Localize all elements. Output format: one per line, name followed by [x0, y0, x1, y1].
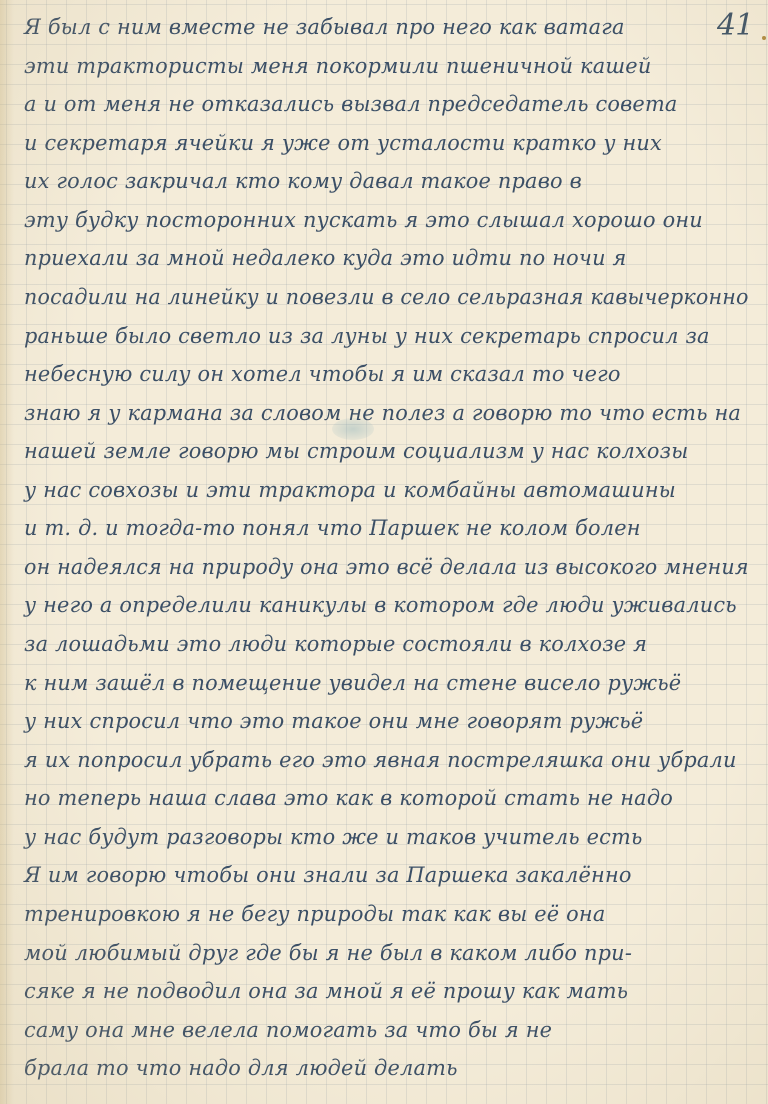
handwritten-line: и т. д. и тогда-то понял что Паршек не к…: [24, 509, 749, 548]
handwritten-line: к ним зашёл в помещение увидел на стене …: [24, 664, 749, 703]
handwritten-line: у них спросил что это такое они мне гово…: [24, 702, 749, 741]
handwritten-line: тренировкою я не бегу природы так как вы…: [24, 895, 749, 934]
handwritten-line: у нас совхозы и эти трактора и комбайны …: [24, 471, 749, 510]
handwritten-line: сяке я не подводил она за мной я её прош…: [24, 972, 749, 1011]
handwritten-line: эти трактористы меня покормили пшеничной…: [24, 47, 749, 86]
ink-speck: [762, 36, 766, 40]
handwritten-line: за лошадьми это люди которые состояли в …: [24, 625, 749, 664]
handwritten-line: а и от меня не отказались вызвал председ…: [24, 85, 749, 124]
handwritten-text-block: Я был с ним вместе не забывал про него к…: [24, 8, 754, 1088]
handwritten-line: знаю я у кармана за словом не полез а го…: [24, 394, 749, 433]
handwritten-line: эту будку посторонних пускать я это слыш…: [24, 201, 749, 240]
handwritten-line: мой любимый друг где бы я не был в каком…: [24, 934, 749, 973]
handwritten-line: небесную силу он хотел чтобы я им сказал…: [24, 355, 749, 394]
handwritten-line: у него а определили каникулы в котором г…: [24, 586, 749, 625]
handwritten-line: я их попросил убрать его это явная постр…: [24, 741, 749, 780]
handwritten-line: Я был с ним вместе не забывал про него к…: [24, 8, 749, 47]
notebook-page: 41 Я был с ним вместе не забывал про нег…: [0, 0, 768, 1104]
handwritten-line: их голос закричал кто кому давал такое п…: [24, 162, 749, 201]
handwritten-line: Я им говорю чтобы они знали за Паршека з…: [24, 856, 749, 895]
handwritten-line: нашей земле говорю мы строим социализм у…: [24, 432, 749, 471]
handwritten-line: у нас будут разговоры кто же и таков учи…: [24, 818, 749, 857]
handwritten-line: приехали за мной недалеко куда это идти …: [24, 239, 749, 278]
handwritten-line: но теперь наша слава это как в которой с…: [24, 779, 749, 818]
handwritten-line: саму она мне велела помогать за что бы я…: [24, 1011, 749, 1050]
handwritten-line: он надеялся на природу она это всё делал…: [24, 548, 741, 587]
handwritten-line: раньше было светло из за луны у них секр…: [24, 317, 749, 356]
handwritten-line: и секретаря ячейки я уже от усталости кр…: [24, 124, 749, 163]
handwritten-line: посадили на линейку и повезли в село сел…: [24, 278, 741, 317]
handwritten-line: брала то что надо для людей делать: [24, 1049, 749, 1088]
